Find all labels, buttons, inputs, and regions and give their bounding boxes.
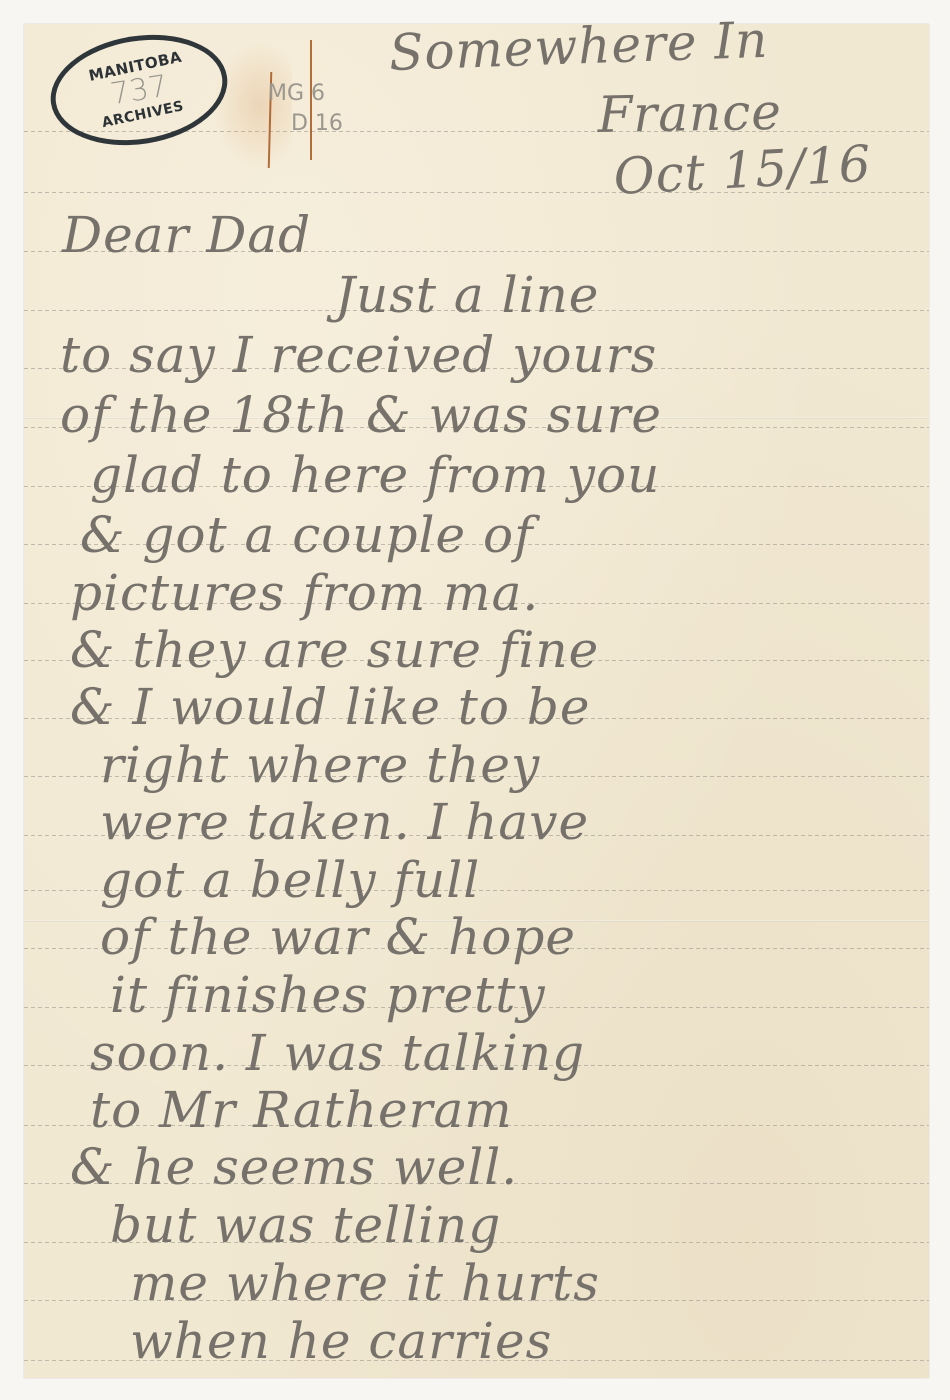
heading-place-line1: Somewhere In [388,15,769,78]
letter-line: were taken. I have [100,797,589,847]
letter-line: of the 18th & was sure [60,390,662,440]
letter-line: & they are sure fine [70,625,599,675]
letter-line: soon. I was talking [90,1028,585,1078]
pencil-note-line2: D 16 [291,113,343,135]
pencil-note-line1: MG 6 [268,83,325,105]
letter-line: Just a line [335,270,599,320]
letter-line: to Mr Ratheram [90,1085,513,1135]
letter-line: it finishes pretty [110,970,546,1020]
letter-line: but was telling [110,1200,501,1250]
letter-line: when he carries [130,1316,552,1366]
letter-line: of the war & hope [100,912,576,962]
letter-line: to say I received yours [60,330,657,380]
salutation: Dear Dad [62,210,311,260]
letter-line: & got a couple of [80,510,534,560]
heading-date: Oct 15/16 [612,139,872,202]
heading-place-line2: France [597,87,782,140]
letter-line: me where it hurts [130,1258,600,1308]
letter-line: right where they [100,740,540,790]
letter-line: pictures from ma. [70,568,539,618]
letter-line: & he seems well. [70,1142,518,1192]
letter-line: & I would like to be [70,682,591,732]
letter-line: got a belly full [100,855,480,905]
letter-line: glad to here from you [90,450,660,500]
